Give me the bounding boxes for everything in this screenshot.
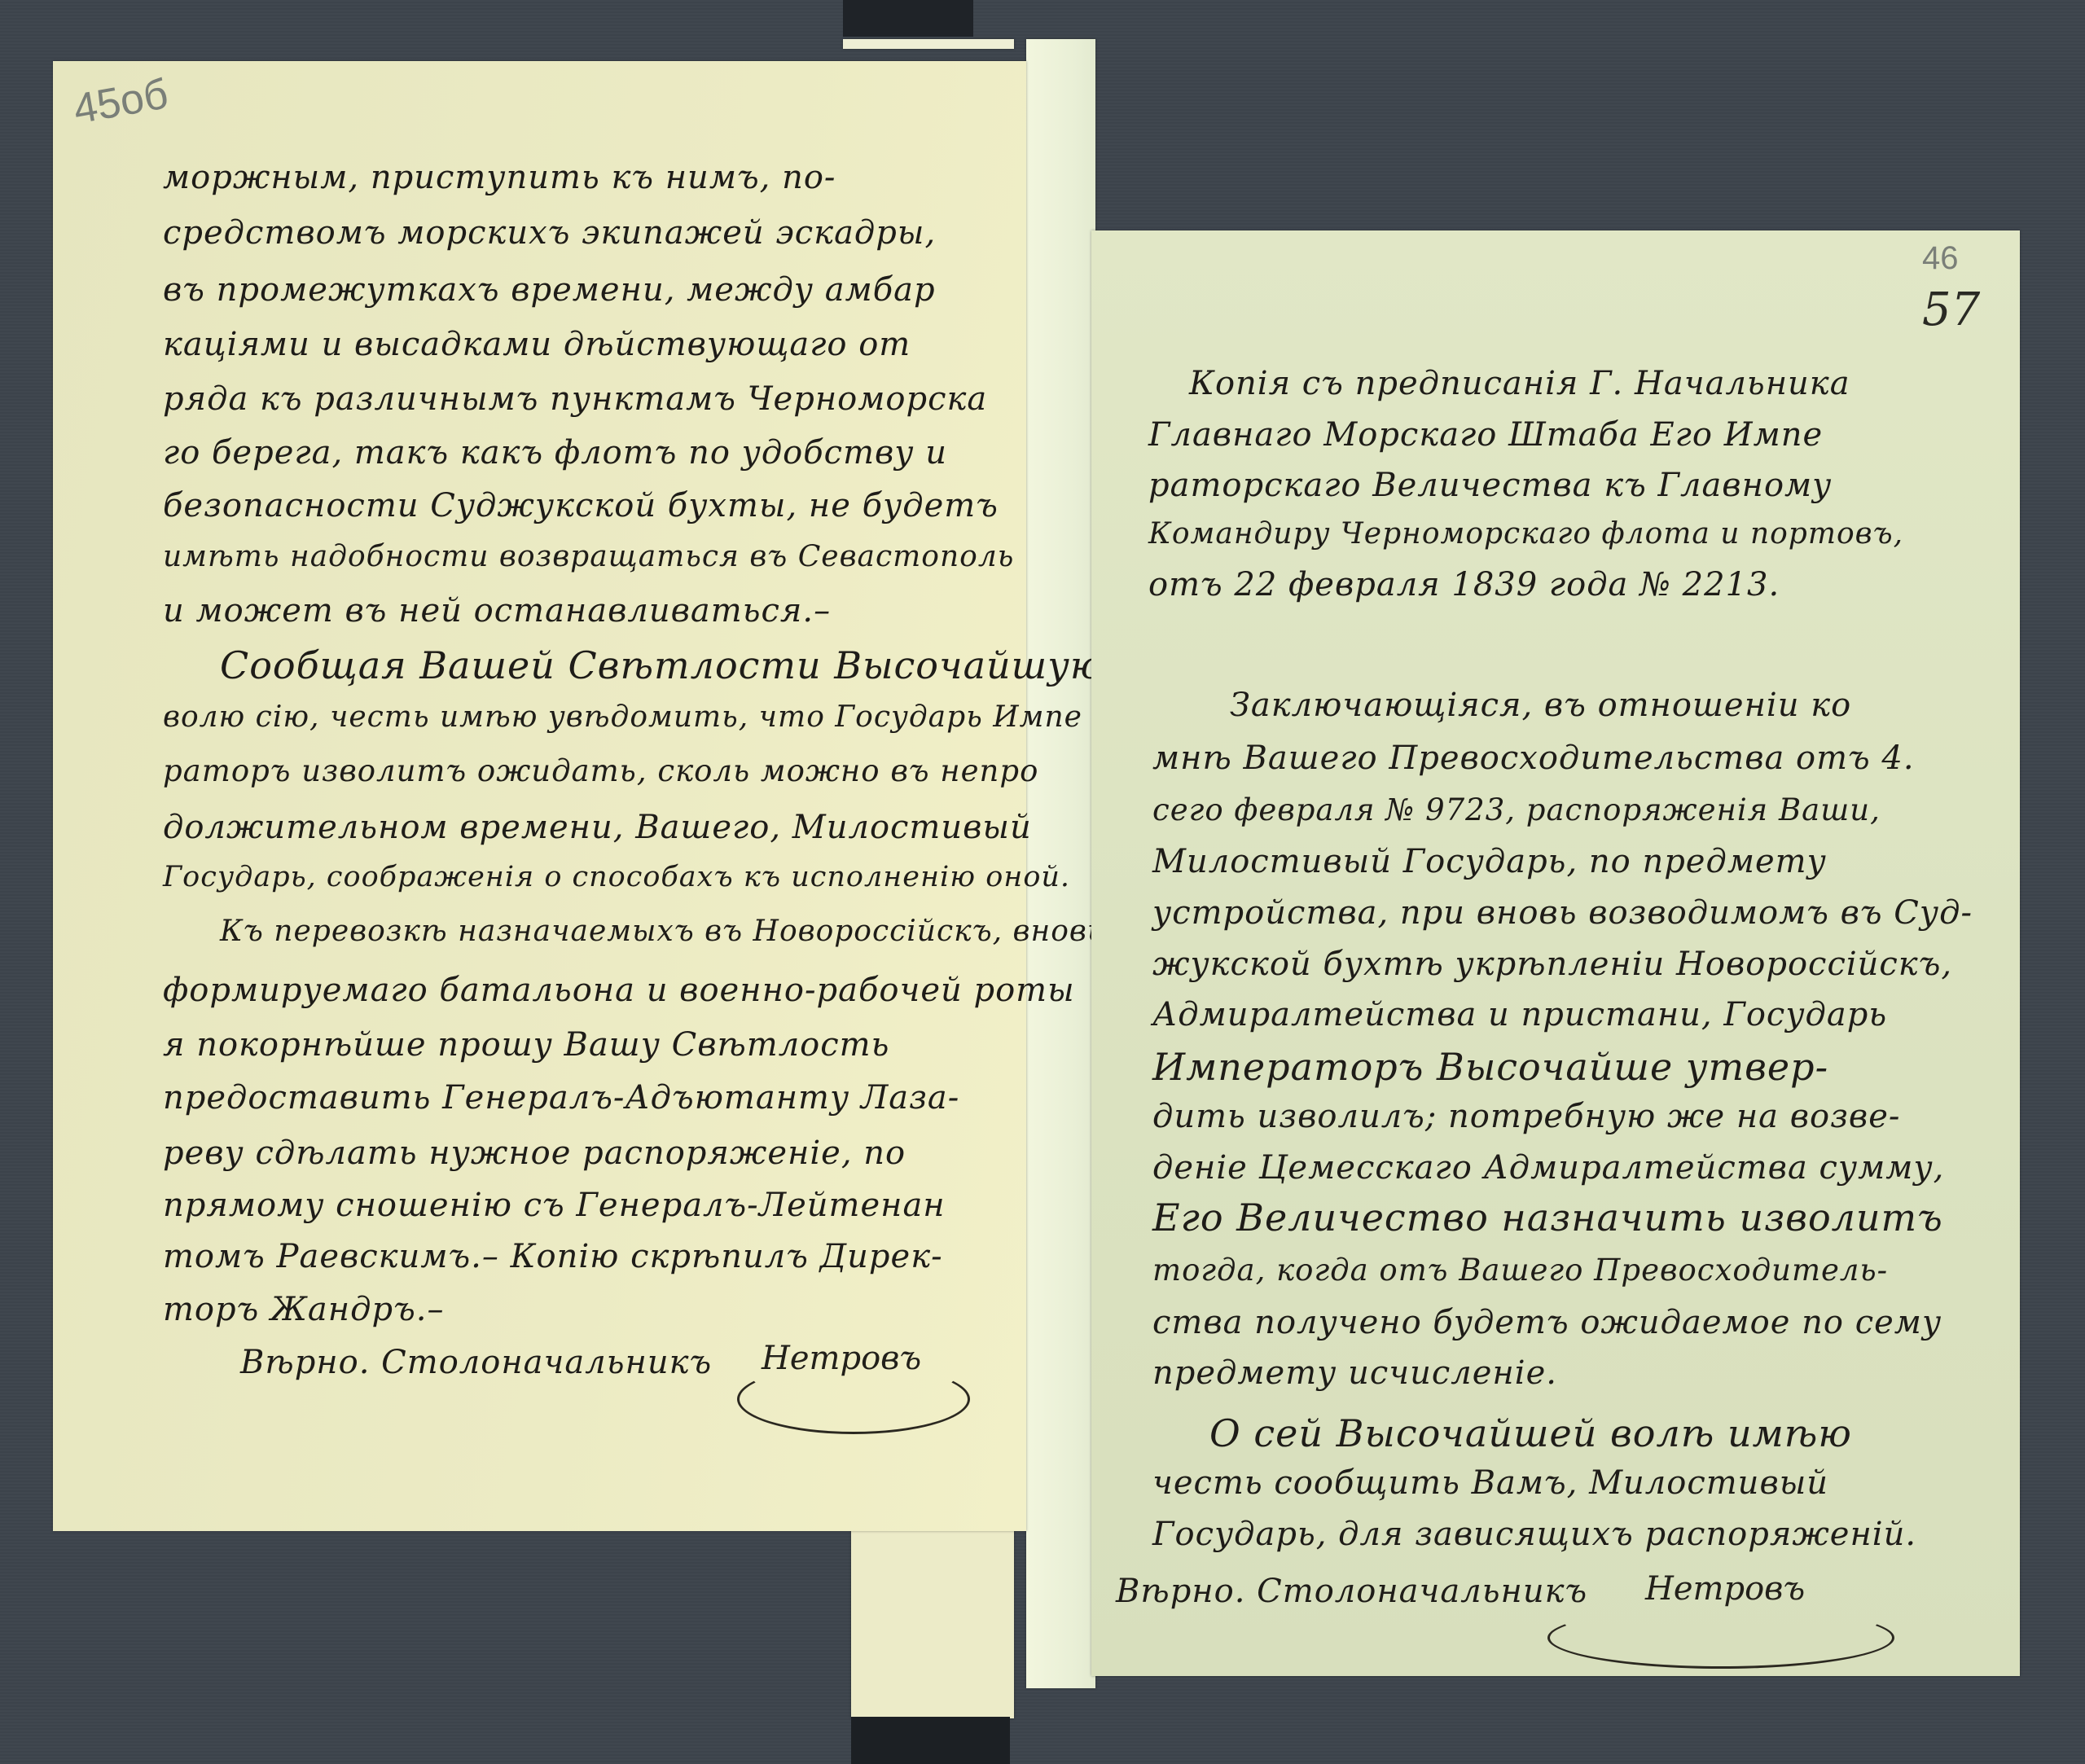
closing-line: О сей Высочайшей волѣ имѣю (1209, 1411, 1852, 1455)
text-line: Сообщая Вашей Свѣтлости Высочайшую (220, 643, 1104, 687)
closing-line: честь сообщить Вамъ, Милостивый (1152, 1464, 1828, 1502)
body-line: Его Величество назначить изволитъ (1152, 1196, 1943, 1240)
left-page-stub (851, 1523, 1014, 1718)
binding-spine-bottom (851, 1717, 1010, 1764)
body-line: мнѣ Вашего Превосходительства отъ 4. (1152, 739, 1915, 777)
text-line: средствомъ морскихъ экипажей эскадры, (163, 214, 936, 252)
body-line: денiе Цемесскаго Адмиралтейства сумму, (1152, 1149, 1944, 1187)
text-line: томъ Раевскимъ.– Копiю скрѣпилъ Дирек- (163, 1238, 943, 1275)
body-line: тогда, когда отъ Вашего Превосходитель- (1152, 1253, 1888, 1288)
text-line: предоставить Генералъ-Адъютанту Лаза- (163, 1079, 959, 1117)
text-line: торъ Жандръ.– (163, 1291, 444, 1328)
text-line: имѣть надобности возвращаться въ Севасто… (163, 540, 1014, 573)
body-line: Императоръ Высочайше утвер- (1152, 1045, 1828, 1089)
folio-number-pencil: 46 (1922, 240, 1959, 277)
text-line: го берега, такъ какъ флотъ по удобству и (163, 434, 947, 472)
attestation-label: Вѣрно. Столоначальникъ (1116, 1573, 1587, 1610)
body-line: сего февраля № 9723, распоряженiя Ваши, (1152, 792, 1881, 827)
body-line: предмету исчисленiе. (1152, 1354, 1557, 1392)
tissue-strip-top (843, 39, 1014, 49)
body-line: устройства, при вновь возводимомъ въ Суд… (1152, 894, 1973, 932)
text-line: раторъ изволитъ ожидать, сколь можно въ … (163, 753, 1038, 788)
text-line: Къ перевозкѣ назначаемыхъ въ Новороссiйс… (220, 915, 1104, 948)
text-line: и может въ ней останавливаться.– (163, 592, 831, 630)
body-line: Адмиралтейства и пристани, Государь (1152, 996, 1887, 1033)
left-page: 45об моржным, приступить къ нимъ, по- ср… (53, 61, 1026, 1531)
heading-line: Командиру Черноморскаго флота и портовъ, (1148, 517, 1903, 551)
body-line: Заключающiяся, въ отношенiи ко (1230, 687, 1851, 724)
signature: Нетровъ (1645, 1570, 1805, 1608)
text-line: кацiями и высадками дѣйствующаго от (163, 326, 911, 363)
text-line: формируемаго батальона и военно-рабочей … (163, 972, 1075, 1009)
text-line: ряда къ различнымъ пунктамъ Черноморска (163, 380, 987, 418)
heading-line: Копiя съ предписанiя Г. Начальника (1189, 365, 1850, 402)
text-line: Государь, соображенiя о способахъ къ исп… (163, 861, 1070, 893)
attestation-label: Вѣрно. Столоначальникъ (240, 1344, 712, 1381)
folio-number-pencil: 45об (70, 69, 172, 134)
body-line: дить изволилъ; потребную же на возве- (1152, 1098, 1900, 1135)
right-page: 46 57 Копiя съ предписанiя Г. Начальника… (1091, 230, 2020, 1676)
body-line: ства получено будетъ ожидаемое по сему (1152, 1304, 1942, 1341)
text-line: въ промежуткахъ времени, между амбар (163, 271, 936, 309)
body-line: жукской бухтѣ укрѣпленiи Новороссiйскъ, (1152, 946, 1952, 983)
text-line: волю сiю, честь имѣю увѣдомить, что Госу… (163, 700, 1082, 734)
heading-line: Главнаго Морскаго Штаба Его Импе (1148, 416, 1823, 454)
closing-line: Государь, для зависящихъ распоряженiй. (1152, 1516, 1916, 1553)
text-line: прямому сношенiю съ Генералъ-Лейтенан (163, 1187, 946, 1224)
folio-number-ink: 57 (1922, 283, 1980, 336)
text-line: должительном времени, Вашего, Милостивый (163, 809, 1032, 846)
text-line: моржным, приступить къ нимъ, по- (163, 159, 836, 196)
text-line: безопасности Суджукской бухты, не будетъ (163, 487, 999, 524)
signature-flourish (737, 1364, 970, 1434)
signature-flourish (1547, 1607, 1894, 1669)
body-line: Милостивый Государь, по предмету (1152, 843, 1827, 880)
text-line: реву сдѣлать нужное распоряженiе, по (163, 1134, 906, 1172)
binding-spine-top (843, 0, 973, 37)
text-line: я покорнѣйше прошу Вашу Свѣтлость (163, 1026, 889, 1064)
heading-line: отъ 22 февраля 1839 года № 2213. (1148, 566, 1780, 603)
heading-line: раторскаго Величества къ Главному (1148, 467, 1832, 504)
